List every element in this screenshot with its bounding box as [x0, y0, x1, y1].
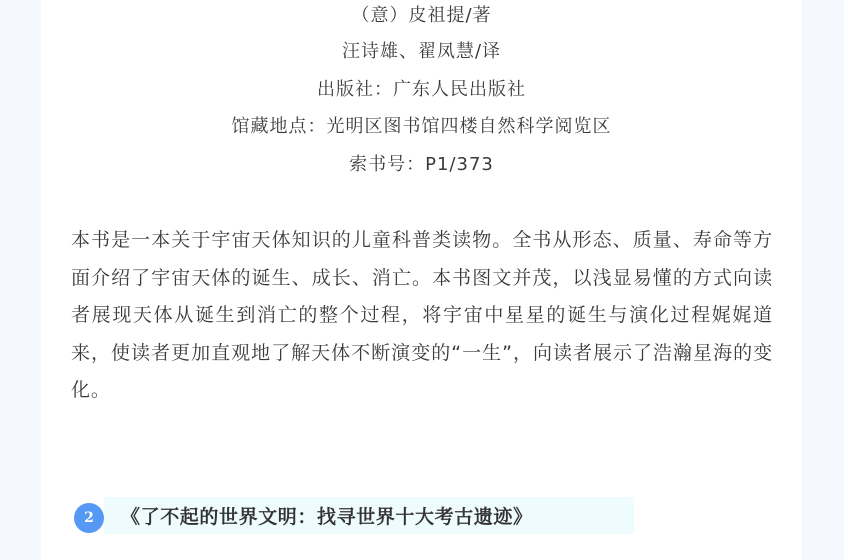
book-publisher: 出版社：广东人民出版社 — [41, 78, 802, 102]
section-number-badge: 2 — [74, 503, 104, 533]
book-description: 本书是一本关于宇宙天体知识的儿童科普类读物。全书从形态、质量、寿命等方面介绍了宇… — [71, 222, 773, 410]
book-call-number: 索书号：P1/373 — [41, 153, 802, 177]
book-location: 馆藏地点：光明区图书馆四楼自然科学阅览区 — [41, 115, 802, 139]
section-title: 《了不起的世界文明：找寻世界十大考古遗迹》 — [121, 502, 533, 529]
book-translators: 汪诗雄、翟凤慧/译 — [41, 40, 802, 64]
article-content: （意）皮祖提/著 汪诗雄、翟凤慧/译 出版社：广东人民出版社 馆藏地点：光明区图… — [41, 0, 802, 560]
section-heading: 2 《了不起的世界文明：找寻世界十大考古遗迹》 — [74, 497, 634, 534]
book-author: （意）皮祖提/著 — [41, 4, 802, 28]
